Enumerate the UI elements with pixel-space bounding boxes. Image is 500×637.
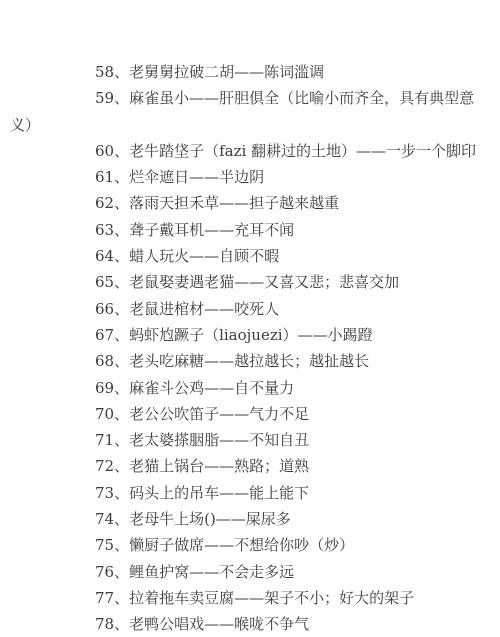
list-item: 65、老鼠娶妻遇老猫——又喜又悲；悲喜交加: [10, 269, 483, 295]
list-item: 69、麻雀斗公鸡——自不量力: [10, 375, 483, 401]
list-item: 70、老公公吹笛子——气力不足: [10, 401, 483, 427]
list-item: 66、老鼠进棺材——咬死人: [10, 296, 483, 322]
list-item: 58、老舅舅拉破二胡——陈词滥调: [10, 59, 483, 85]
list-item: 59、麻雀虽小——肝胆俱全（比喻小而齐全，具有典型意义）: [10, 85, 483, 138]
list-item: 76、鲤鱼护窝——不会走多远: [10, 559, 483, 585]
list-item: 72、老猫上锅台——熟路；道熟: [10, 453, 483, 479]
list-item: 73、码头上的吊车——能上能下: [10, 480, 483, 506]
list-item: 71、老太婆搽胭脂——不知自丑: [10, 427, 483, 453]
list-item: 64、蜡人玩火——自顾不暇: [10, 243, 483, 269]
idiom-list: 58、老舅舅拉破二胡——陈词滥调 59、麻雀虽小——肝胆俱全（比喻小而齐全，具有…: [0, 0, 500, 637]
list-item: 60、老牛踏垡子（fazi 翻耕过的土地）——一步一个脚印: [10, 138, 483, 164]
list-item: 77、拉着拖车卖豆腐——架子不小；好大的架子: [10, 585, 483, 611]
list-item: 68、老头吃麻糖——越拉越长；越扯越长: [10, 348, 483, 374]
list-item: 62、落雨天担禾草——担子越来越重: [10, 190, 483, 216]
list-item: 63、聋子戴耳机——充耳不闻: [10, 217, 483, 243]
list-item: 74、老母牛上场()——屎尿多: [10, 506, 483, 532]
list-item: 78、老鸭公唱戏——喉咙不争气: [10, 611, 483, 637]
list-item: 75、懒厨子做席——不想给你吵（炒）: [10, 532, 483, 558]
list-item: 61、烂伞遮日——半边阴: [10, 164, 483, 190]
document-page: 58、老舅舅拉破二胡——陈词滥调 59、麻雀虽小——肝胆俱全（比喻小而齐全，具有…: [0, 0, 500, 637]
list-item: 67、蚂虾尥蹶子（liaojuezi）——小踢蹬: [10, 322, 483, 348]
